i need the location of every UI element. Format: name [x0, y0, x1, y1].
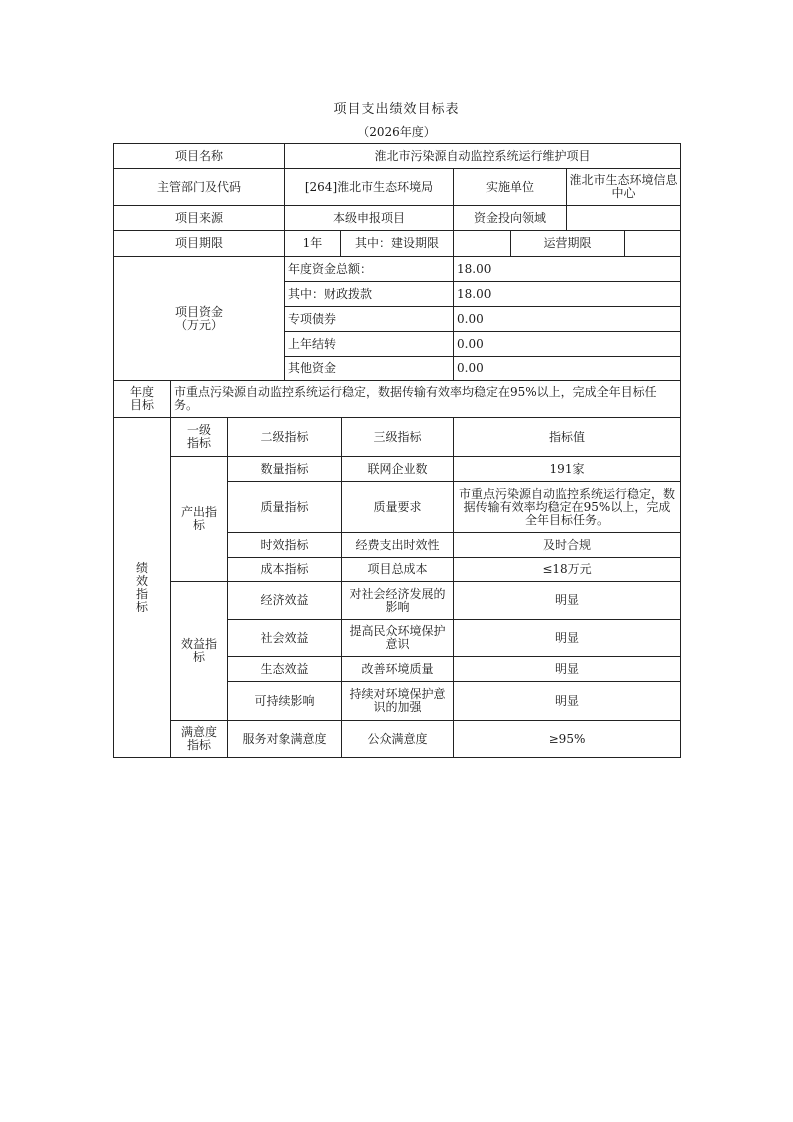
performance-section-label: 绩效指标: [113, 417, 171, 758]
funds-other-label: 其他资金: [284, 356, 454, 381]
funds-total-value: 18.00: [453, 256, 681, 282]
benefit-economic-value: 明显: [453, 581, 681, 620]
benefit-ecological-value: 明显: [453, 656, 681, 682]
period-value: 1年: [284, 230, 341, 257]
funds-bond-value: 0.00: [453, 306, 681, 332]
document-title: 项目支出绩效目标表: [0, 98, 793, 117]
funds-label-line2: （万元）: [175, 319, 223, 332]
output-quantity-level2: 数量指标: [227, 456, 342, 482]
group-satisfaction-label: 满意度指标: [170, 720, 228, 758]
source-label: 项目来源: [113, 205, 285, 231]
benefit-ecological-level2: 生态效益: [227, 656, 342, 682]
department-value: [264]淮北市生态环境局: [284, 168, 454, 206]
benefit-sustainable-value: 明显: [453, 681, 681, 721]
header-value: 指标值: [453, 417, 681, 457]
benefit-sustainable-level2: 可持续影响: [227, 681, 342, 721]
funds-label-line1: 项目资金: [175, 306, 223, 319]
benefit-sustainable-level3: 持续对环境保护意识的加强: [341, 681, 454, 721]
source-value: 本级申报项目: [284, 205, 454, 231]
fund-direction-value: [566, 205, 681, 231]
annual-goal-text: 市重点污染源自动监控系统运行稳定，数据传输有效率均稳定在95%以上，完成全年目标…: [170, 380, 681, 418]
fund-direction-label: 资金投向领域: [453, 205, 567, 231]
operation-period-value: [624, 230, 681, 257]
construction-period-value: [453, 230, 511, 257]
output-quantity-level3: 联网企业数: [341, 456, 454, 482]
operation-period-label: 运营期限: [510, 230, 625, 257]
implementer-label: 实施单位: [453, 168, 567, 206]
output-timeliness-level3: 经费支出时效性: [341, 532, 454, 558]
output-cost-level3: 项目总成本: [341, 557, 454, 582]
department-label: 主管部门及代码: [113, 168, 285, 206]
annual-goal-label: 年度目标: [113, 380, 171, 418]
benefit-economic-level3: 对社会经济发展的影响: [341, 581, 454, 620]
funds-fiscal-label: 其中：财政拨款: [284, 281, 454, 307]
output-quantity-value: 191家: [453, 456, 681, 482]
benefit-social-level2: 社会效益: [227, 619, 342, 657]
header-level1: 一级指标: [170, 417, 228, 457]
output-timeliness-value: 及时合规: [453, 532, 681, 558]
satisfaction-value: ≥95%: [453, 720, 681, 758]
header-level2: 二级指标: [227, 417, 342, 457]
benefit-economic-level2: 经济效益: [227, 581, 342, 620]
output-quality-level2: 质量指标: [227, 481, 342, 533]
output-timeliness-level2: 时效指标: [227, 532, 342, 558]
satisfaction-level3: 公众满意度: [341, 720, 454, 758]
project-name-label: 项目名称: [113, 143, 285, 169]
benefit-social-level3: 提高民众环境保护意识: [341, 619, 454, 657]
construction-period-label: 其中：建设期限: [340, 230, 454, 257]
period-label: 项目期限: [113, 230, 285, 257]
output-quality-value: 市重点污染源自动监控系统运行稳定，数据传输有效率均稳定在95%以上，完成全年目标…: [453, 481, 681, 533]
group-benefit-label: 效益指标: [170, 581, 228, 721]
group-output-label: 产出指标: [170, 456, 228, 582]
project-name-value: 淮北市污染源自动监控系统运行维护项目: [284, 143, 681, 169]
document-year: （2026年度）: [0, 123, 793, 140]
funds-other-value: 0.00: [453, 356, 681, 381]
funds-carryover-label: 上年结转: [284, 331, 454, 357]
funds-bond-label: 专项债券: [284, 306, 454, 332]
funds-fiscal-value: 18.00: [453, 281, 681, 307]
satisfaction-level2: 服务对象满意度: [227, 720, 342, 758]
funds-total-label: 年度资金总额：: [284, 256, 454, 282]
benefit-ecological-level3: 改善环境质量: [341, 656, 454, 682]
benefit-social-value: 明显: [453, 619, 681, 657]
output-cost-level2: 成本指标: [227, 557, 342, 582]
funds-label: 项目资金 （万元）: [113, 256, 285, 381]
funds-carryover-value: 0.00: [453, 331, 681, 357]
output-quality-level3: 质量要求: [341, 481, 454, 533]
header-level3: 三级指标: [341, 417, 454, 457]
output-cost-value: ≤18万元: [453, 557, 681, 582]
implementer-value: 淮北市生态环境信息中心: [566, 168, 681, 206]
